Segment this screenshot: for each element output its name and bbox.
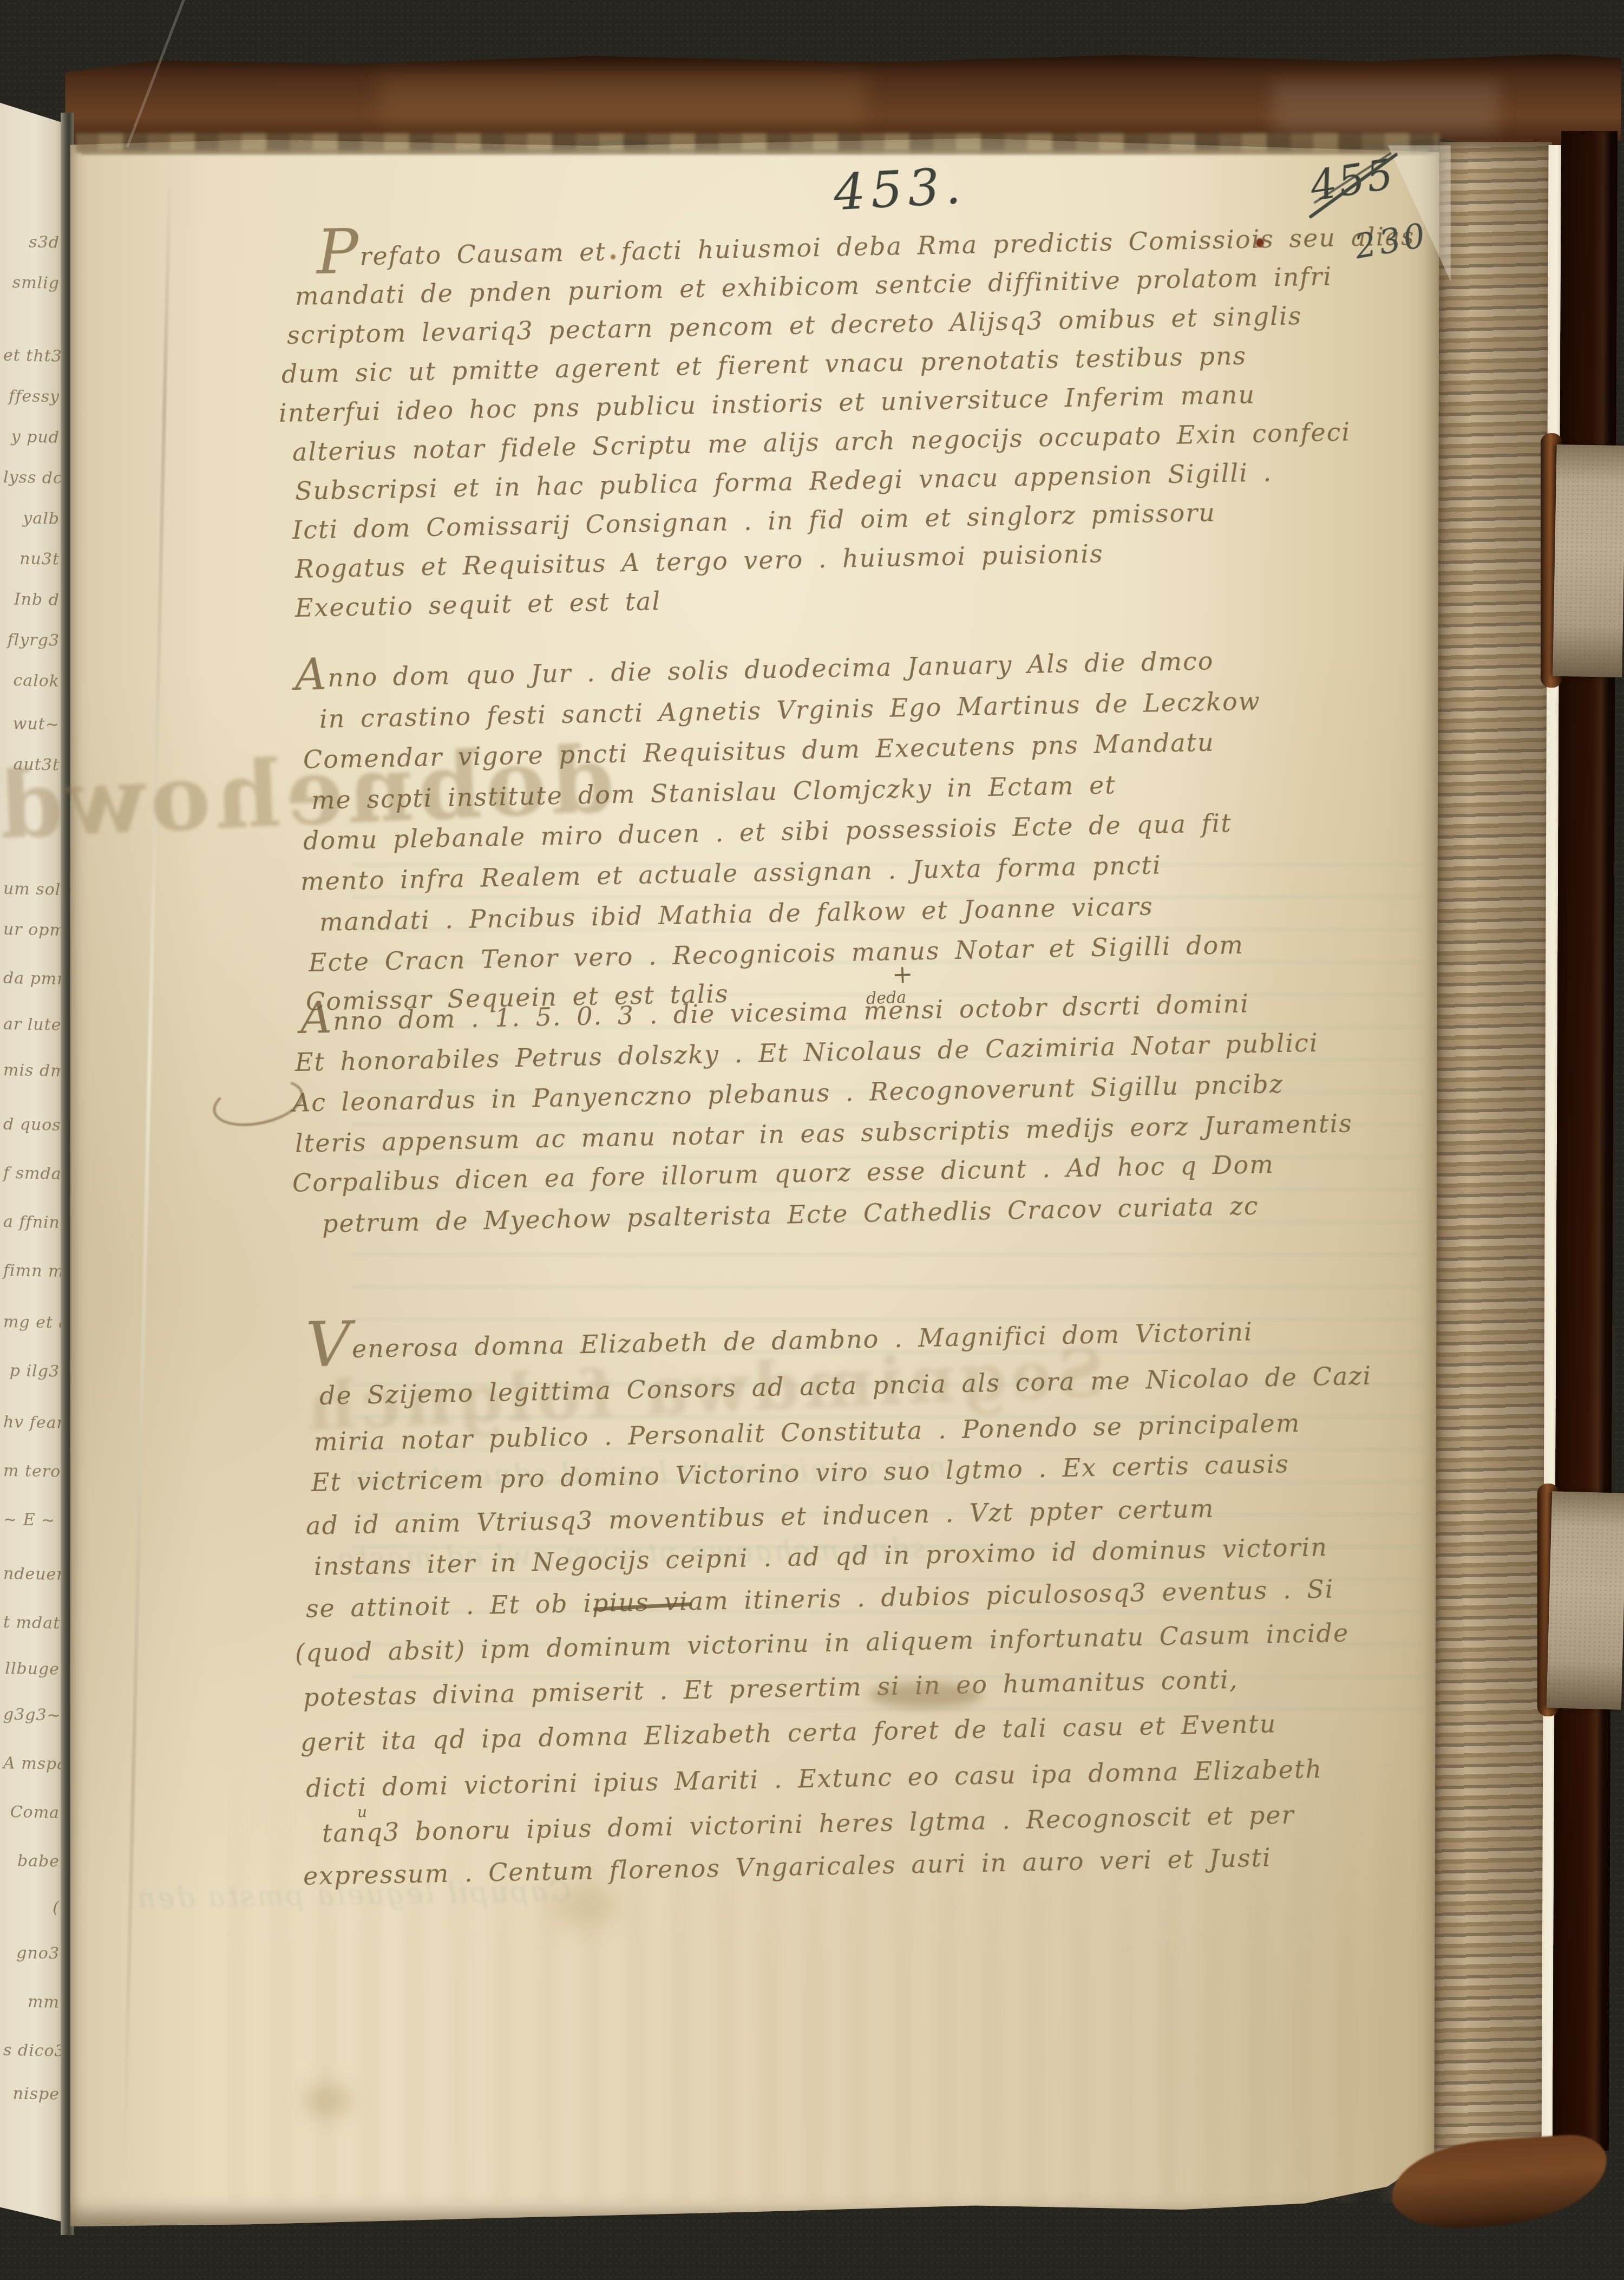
- marginal-insertion: u: [357, 1803, 367, 1821]
- marginal-insertions: deda+u: [0, 0, 1624, 2280]
- manuscript-text: Prefato Causam et facti huiusmoi deba Rm…: [0, 0, 1624, 2280]
- marginal-insertion: +: [892, 959, 913, 989]
- page-number-ink: 453.: [832, 157, 967, 222]
- manuscript-photo: s3dsmliget tht3ffessyy pudlyss dctyalbnu…: [0, 0, 1624, 2280]
- ink-erasure-smear: [868, 1683, 982, 1708]
- marginal-insertion: deda: [866, 988, 906, 1009]
